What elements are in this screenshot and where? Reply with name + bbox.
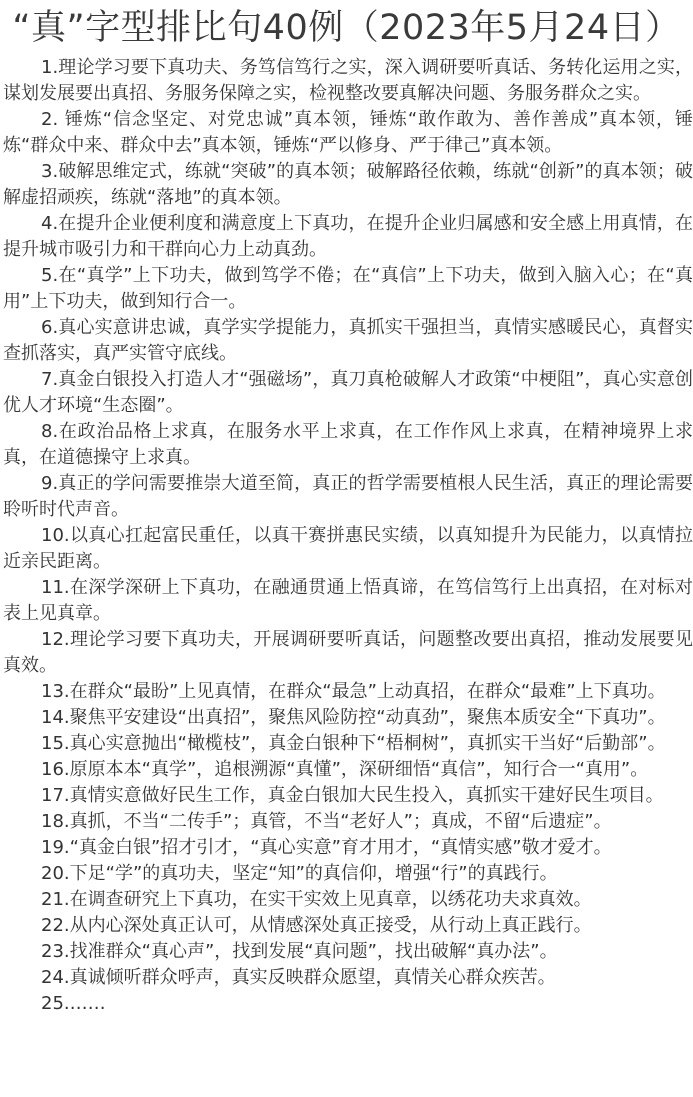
paragraph-25-partial: 25.…… (3, 991, 693, 1017)
paragraph-4: 4.在提升企业便利度和满意度上下真功，在提升企业归属感和安全感上用真情，在提升城… (3, 211, 693, 263)
article-body: 1.理论学习要下真功夫、务笃信笃行之实，深入调研要听真话、务转化运用之实，谋划发… (0, 55, 693, 1017)
paragraph-23: 23.找准群众“真心声”，找到发展“真问题”，找出破解“真办法”。 (3, 939, 693, 965)
paragraph-10: 10.以真心扛起富民重任，以真干赛拼惠民实绩，以真知提升为民能力，以真情拉近亲民… (3, 523, 693, 575)
paragraph-17: 17.真情实意做好民生工作，真金白银加大民生投入，真抓实干建好民生项目。 (3, 783, 693, 809)
paragraph-14: 14.聚焦平安建设“出真招”，聚焦风险防控“动真劲”，聚焦本质安全“下真功”。 (3, 705, 693, 731)
article: “真”字型排比句40例（2023年5月24日） 1.理论学习要下真功夫、务笃信笃… (0, 0, 693, 1017)
paragraph-3: 3.破解思维定式，练就“突破”的真本领；破解路径依赖，练就“创新”的真本领；破解… (3, 159, 693, 211)
paragraph-6: 6.真心实意讲忠诚，真学实学提能力，真抓实干强担当，真情实感暖民心，真督实查抓落… (3, 315, 693, 367)
paragraph-9: 9.真正的学问需要推崇大道至简，真正的哲学需要植根人民生活，真正的理论需要聆听时… (3, 471, 693, 523)
paragraph-5: 5.在“真学”上下功夫，做到笃学不倦；在“真信”上下功夫，做到入脑入心；在“真用… (3, 263, 693, 315)
paragraph-1: 1.理论学习要下真功夫、务笃信笃行之实，深入调研要听真话、务转化运用之实，谋划发… (3, 55, 693, 107)
paragraph-16: 16.原原本本“真学”，追根溯源“真懂”，深研细悟“真信”，知行合一“真用”。 (3, 757, 693, 783)
paragraph-12: 12.理论学习要下真功夫，开展调研要听真话，问题整改要出真招，推动发展要见真效。 (3, 627, 693, 679)
paragraph-20: 20.下足“学”的真功夫，坚定“知”的真信仰，增强“行”的真践行。 (3, 861, 693, 887)
paragraph-21: 21.在调查研究上下真功，在实干实效上见真章，以绣花功夫求真效。 (3, 887, 693, 913)
article-title: “真”字型排比句40例（2023年5月24日） (0, 0, 693, 54)
paragraph-19: 19.“真金白银”招才引才，“真心实意”育才用才，“真情实感”敬才爱才。 (3, 835, 693, 861)
paragraph-22: 22.从内心深处真正认可，从情感深处真正接受，从行动上真正践行。 (3, 913, 693, 939)
paragraph-8: 8.在政治品格上求真，在服务水平上求真，在工作作风上求真，在精神境界上求真，在道… (3, 419, 693, 471)
paragraph-24: 24.真诚倾听群众呼声，真实反映群众愿望，真情关心群众疾苦。 (3, 965, 693, 991)
paragraph-13: 13.在群众“最盼”上见真情，在群众“最急”上动真招，在群众“最难”上下真功。 (3, 679, 693, 705)
paragraph-2: 2. 锤炼“信念坚定、对党忠诚”真本领，锤炼“敢作敢为、善作善成”真本领，锤炼“… (3, 107, 693, 159)
paragraph-15: 15.真心实意抛出“橄榄枝”，真金白银种下“梧桐树”，真抓实干当好“后勤部”。 (3, 731, 693, 757)
paragraph-18: 18.真抓，不当“二传手”；真管，不当“老好人”；真成，不留“后遗症”。 (3, 809, 693, 835)
paragraph-11: 11.在深学深研上下真功，在融通贯通上悟真谛，在笃信笃行上出真招，在对标对表上见… (3, 575, 693, 627)
paragraph-7: 7.真金白银投入打造人才“强磁场”，真刀真枪破解人才政策“中梗阻”，真心实意创优… (3, 367, 693, 419)
